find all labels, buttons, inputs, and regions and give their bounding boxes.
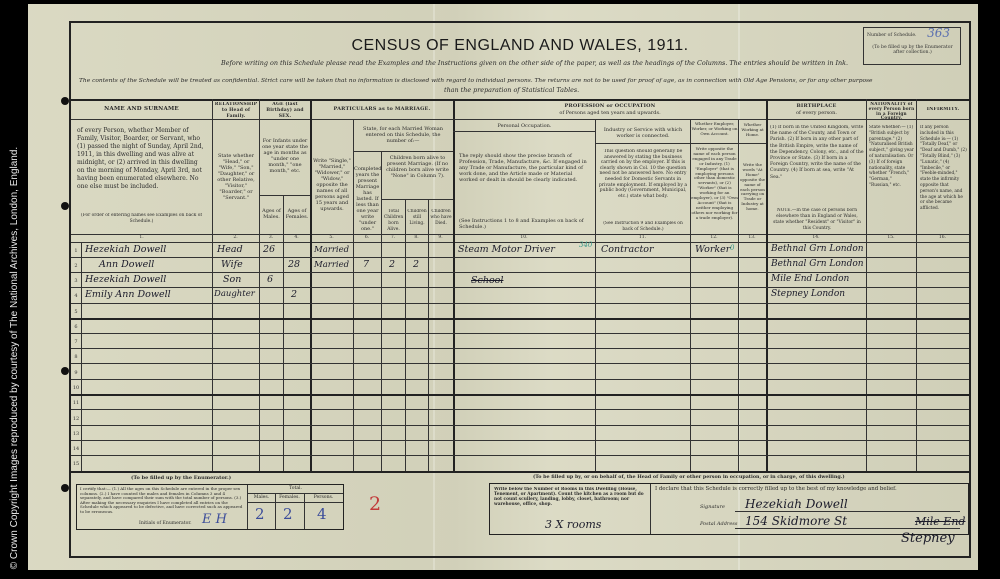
entry-employer-code: 0 [730, 244, 734, 252]
entry-age-male: 26 [263, 244, 275, 255]
col-num-16: 16. [916, 235, 969, 240]
rooms-instruction: Write below the Number of Rooms in this … [494, 487, 646, 515]
entry-marriage: Married [314, 260, 349, 270]
totals-label: Total. [248, 486, 343, 491]
header-nationality-desc: State whether:— (1) "British subject by … [869, 125, 915, 225]
signature-label: Signature [700, 505, 725, 510]
entry-name: Hezekiah Dowell [85, 244, 166, 255]
total-persons: 4 [317, 505, 327, 523]
header-industry-desc: This question should generally be answer… [598, 149, 688, 215]
header-children-died: Children who have Died. [429, 209, 453, 227]
header-personal-occupation-note: (See Instructions 1 to 8 and Examples on… [459, 218, 591, 230]
entry-age-male: 6 [267, 274, 273, 285]
entry-name: Ann Dowell [99, 259, 154, 270]
row-number: 14 [71, 446, 81, 452]
entry-age-female: 2 [291, 289, 297, 300]
header-birthplace-desc: (1) If born in the United Kingdom, write… [770, 125, 864, 205]
col-num-15: 15. [866, 235, 916, 240]
col-num-5: 5. [310, 235, 353, 240]
schedule-number-note: (To be filled up by the Enumerator after… [867, 45, 958, 55]
header-children-total: Total Children born Alive. [382, 209, 405, 233]
col-num-6: 6. [353, 235, 381, 240]
header-infirmity: INFIRMITY. [917, 107, 969, 113]
col-num-12: 12. [690, 235, 738, 240]
punch-hole [61, 484, 69, 492]
entry-age-female: 28 [288, 259, 300, 270]
persons-label: Persons. [304, 495, 343, 500]
header-children-living: Children still Living. [406, 209, 428, 227]
header-industry: Industry or Service with which worker is… [596, 127, 690, 139]
header-infirmity-desc: If any person included in this Schedule … [920, 125, 967, 231]
household-box: Write below the Number of Rooms in this … [489, 483, 969, 535]
entry-employer: Worker [695, 244, 730, 255]
col-num-1: 1. [71, 235, 212, 240]
col-num-10: 10. [453, 235, 595, 240]
red-tally-mark: 2 [369, 493, 381, 515]
row-number: 9 [71, 370, 81, 376]
col-num-4: 4. [283, 235, 310, 240]
entry-relationship: Son [223, 274, 241, 285]
entry-children-living: 2 [413, 259, 419, 270]
row-number: 1 [71, 248, 81, 254]
entry-occupation-code: 340 [579, 241, 592, 249]
entry-relationship: Daughter [214, 289, 255, 299]
header-children-born: Children born alive to present Marriage.… [382, 155, 453, 195]
header-birthplace-sub: of every person. [767, 110, 866, 116]
instruction-line-2: The contents of the Schedule will be tre… [79, 78, 873, 84]
schedule-number-label: Number of Schedule. [867, 33, 917, 38]
males-label: Males. [248, 495, 275, 500]
header-employer: Whether Employer, Worker, or Working on … [691, 122, 738, 136]
enumerator-box: I certify that:— (1.) All the ages on th… [76, 484, 344, 530]
rooms-value: 3 X rooms [545, 518, 601, 531]
header-age: AGE (last Birthday) and SEX. [260, 102, 310, 120]
entry-industry: Contractor [601, 244, 654, 255]
schedule-number-value: 363 [927, 26, 950, 40]
punch-hole [61, 367, 69, 375]
punch-hole [61, 97, 69, 105]
form-title: CENSUS OF ENGLAND AND WALES, 1911. [71, 37, 969, 55]
row-number: 13 [71, 431, 81, 437]
address-struck: Mile End [915, 515, 965, 528]
col-num-2: 2. [212, 235, 259, 240]
header-occupation: PROFESSION or OCCUPATION [454, 103, 766, 109]
row-number: 8 [71, 354, 81, 360]
header-age-females: Ages of Females. [284, 208, 310, 220]
instruction-line-1: Before writing on this Schedule please r… [221, 59, 848, 67]
punch-hole [61, 202, 69, 210]
header-employer-desc: Write opposite the name of each person e… [691, 147, 738, 233]
entry-years-married: 7 [363, 259, 369, 270]
header-industry-note: (See Instruction 9 and Examples on back … [598, 221, 688, 233]
census-schedule-page: CENSUS OF ENGLAND AND WALES, 1911. Befor… [28, 4, 978, 570]
address-label: Postal Address [700, 522, 737, 527]
address-value: 154 Skidmore St [745, 514, 847, 528]
header-name-note: (For order of entering names see Example… [75, 213, 208, 225]
header-birthplace: BIRTHPLACE [767, 103, 866, 109]
row-number: 2 [71, 263, 81, 269]
total-females: 2 [283, 505, 293, 523]
initials-label: Initials of Enumerator. [139, 521, 192, 526]
entry-birthplace: Bethnal Grn London [771, 244, 864, 254]
row-number: 3 [71, 278, 81, 284]
females-label: Females. [275, 495, 304, 500]
row-number: 4 [71, 293, 81, 299]
header-age-desc: For Infants under one year state the age… [261, 138, 309, 193]
header-age-males: Ages of Males. [260, 208, 283, 220]
entry-relationship: Wife [221, 259, 243, 270]
col-num-13: 13. [738, 235, 766, 240]
header-nationality: NATIONALITY of every Person born in a Fo… [867, 102, 916, 121]
col-num-3: 3. [259, 235, 283, 240]
header-occupation-sub: of Persons aged ten years and upwards. [454, 110, 766, 116]
row-number: 12 [71, 416, 81, 422]
declaration-text: I declare that this Schedule is correctl… [655, 487, 897, 492]
row-number: 15 [71, 461, 81, 467]
header-relationship: RELATIONSHIP to Head of Family. [213, 102, 259, 120]
header-home-desc: Write the words "At Home" opposite the n… [739, 163, 766, 223]
row-number: 7 [71, 339, 81, 345]
enumerator-caption: (To be filled up by the Enumerator.) [131, 476, 231, 481]
row-number: 11 [71, 400, 81, 406]
entry-name: Hezekiah Dowell [85, 274, 166, 285]
census-form: CENSUS OF ENGLAND AND WALES, 1911. Befor… [69, 21, 971, 558]
household-caption: (To be filled up by, or on behalf of, th… [533, 475, 845, 480]
schedule-number-box: Number of Schedule. 363 (To be filled up… [863, 27, 961, 65]
header-marriage: PARTICULARS as to MARRIAGE. [311, 106, 453, 112]
instruction-line-3: than the preparation of Statistical Tabl… [444, 86, 579, 94]
copyright-credit: © Crown Copyright Images reproduced by c… [7, 143, 23, 573]
entry-occupation-struck: School [471, 275, 503, 286]
row-number: 6 [71, 324, 81, 330]
initials-value: E H [202, 512, 227, 527]
header-home: Whether Working at Home. [739, 123, 766, 137]
header-relationship-desc: State whether "Head," or "Wife," "Son," … [214, 153, 258, 213]
header-years-married: Completed years the present Marriage has… [354, 166, 381, 232]
entry-relationship: Head [217, 244, 243, 255]
address-extra: Stepney [901, 531, 955, 546]
header-married-women: State, for each Married Woman entered on… [355, 126, 451, 144]
header-personal-occupation-desc: The reply should show the precise branch… [459, 153, 591, 197]
entry-children-total: 2 [389, 259, 395, 270]
header-personal-occupation: Personal Occupation. [454, 123, 595, 129]
total-males: 2 [255, 505, 265, 523]
entry-birthplace: Mile End London [771, 274, 849, 284]
col-num-8: 8. [405, 235, 428, 240]
row-number: 5 [71, 309, 81, 315]
col-num-11: 11. [595, 235, 690, 240]
header-birthplace-note: NOTE.—In the case of persons born elsewh… [770, 208, 864, 232]
col-num-7: 7. [381, 235, 405, 240]
header-name-desc: of every Person, whether Member of Famil… [77, 127, 207, 207]
row-number: 10 [71, 385, 81, 391]
entry-occupation: Steam Motor Driver [458, 244, 555, 255]
entry-marriage: Married [314, 245, 349, 255]
header-name: NAME AND SURNAME [71, 106, 212, 112]
col-num-14: 14. [766, 235, 866, 240]
col-num-9: 9. [428, 235, 453, 240]
entry-birthplace: Stepney London [771, 289, 845, 299]
header-marriage-desc: Write "Single," "Married," "Widower," or… [312, 158, 352, 218]
entry-birthplace: Bethnal Grn London [771, 259, 864, 269]
entry-name: Emily Ann Dowell [85, 289, 171, 300]
signature-value: Hezekiah Dowell [745, 497, 848, 511]
